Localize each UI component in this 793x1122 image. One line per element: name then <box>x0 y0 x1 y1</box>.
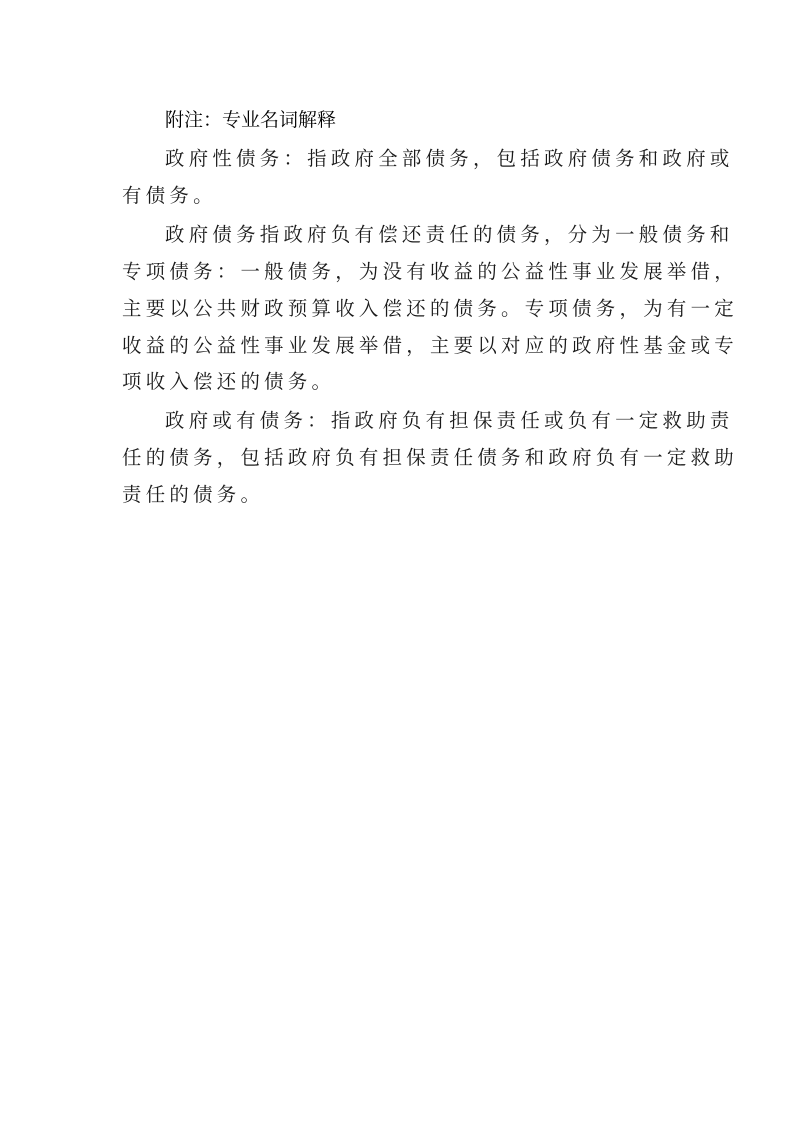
paragraph-contingent-debt-line-2: 任的债务，包括政府负有担保责任债务和政府负有一定救助 <box>122 445 674 471</box>
note-heading: 附注：专业名词解释 <box>165 107 336 133</box>
paragraph-government-debt-line-2: 专项债务：一般债务，为没有收益的公益性事业发展举借， <box>122 259 674 285</box>
paragraph-contingent-debt-line-1: 政府或有债务：指政府负有担保责任或负有一定救助责 <box>165 408 675 434</box>
paragraph-government-sector-debt-line-2: 有债务。 <box>122 183 674 209</box>
paragraph-government-debt-line-5: 项收入偿还的债务。 <box>122 369 674 395</box>
paragraph-government-sector-debt-line-1: 政府性债务：指政府全部债务，包括政府债务和政府或 <box>165 146 675 172</box>
paragraph-government-debt-line-3: 主要以公共财政预算收入偿还的债务。专项债务，为有一定 <box>122 296 674 322</box>
paragraph-contingent-debt-line-3: 责任的债务。 <box>122 482 674 508</box>
document-page: 附注：专业名词解释 政府性债务：指政府全部债务，包括政府债务和政府或 有债务。 … <box>0 0 793 1122</box>
paragraph-government-debt-line-1: 政府债务指政府负有偿还责任的债务，分为一般债务和 <box>165 222 675 248</box>
paragraph-government-debt-line-4: 收益的公益性事业发展举借，主要以对应的政府性基金或专 <box>122 333 674 359</box>
